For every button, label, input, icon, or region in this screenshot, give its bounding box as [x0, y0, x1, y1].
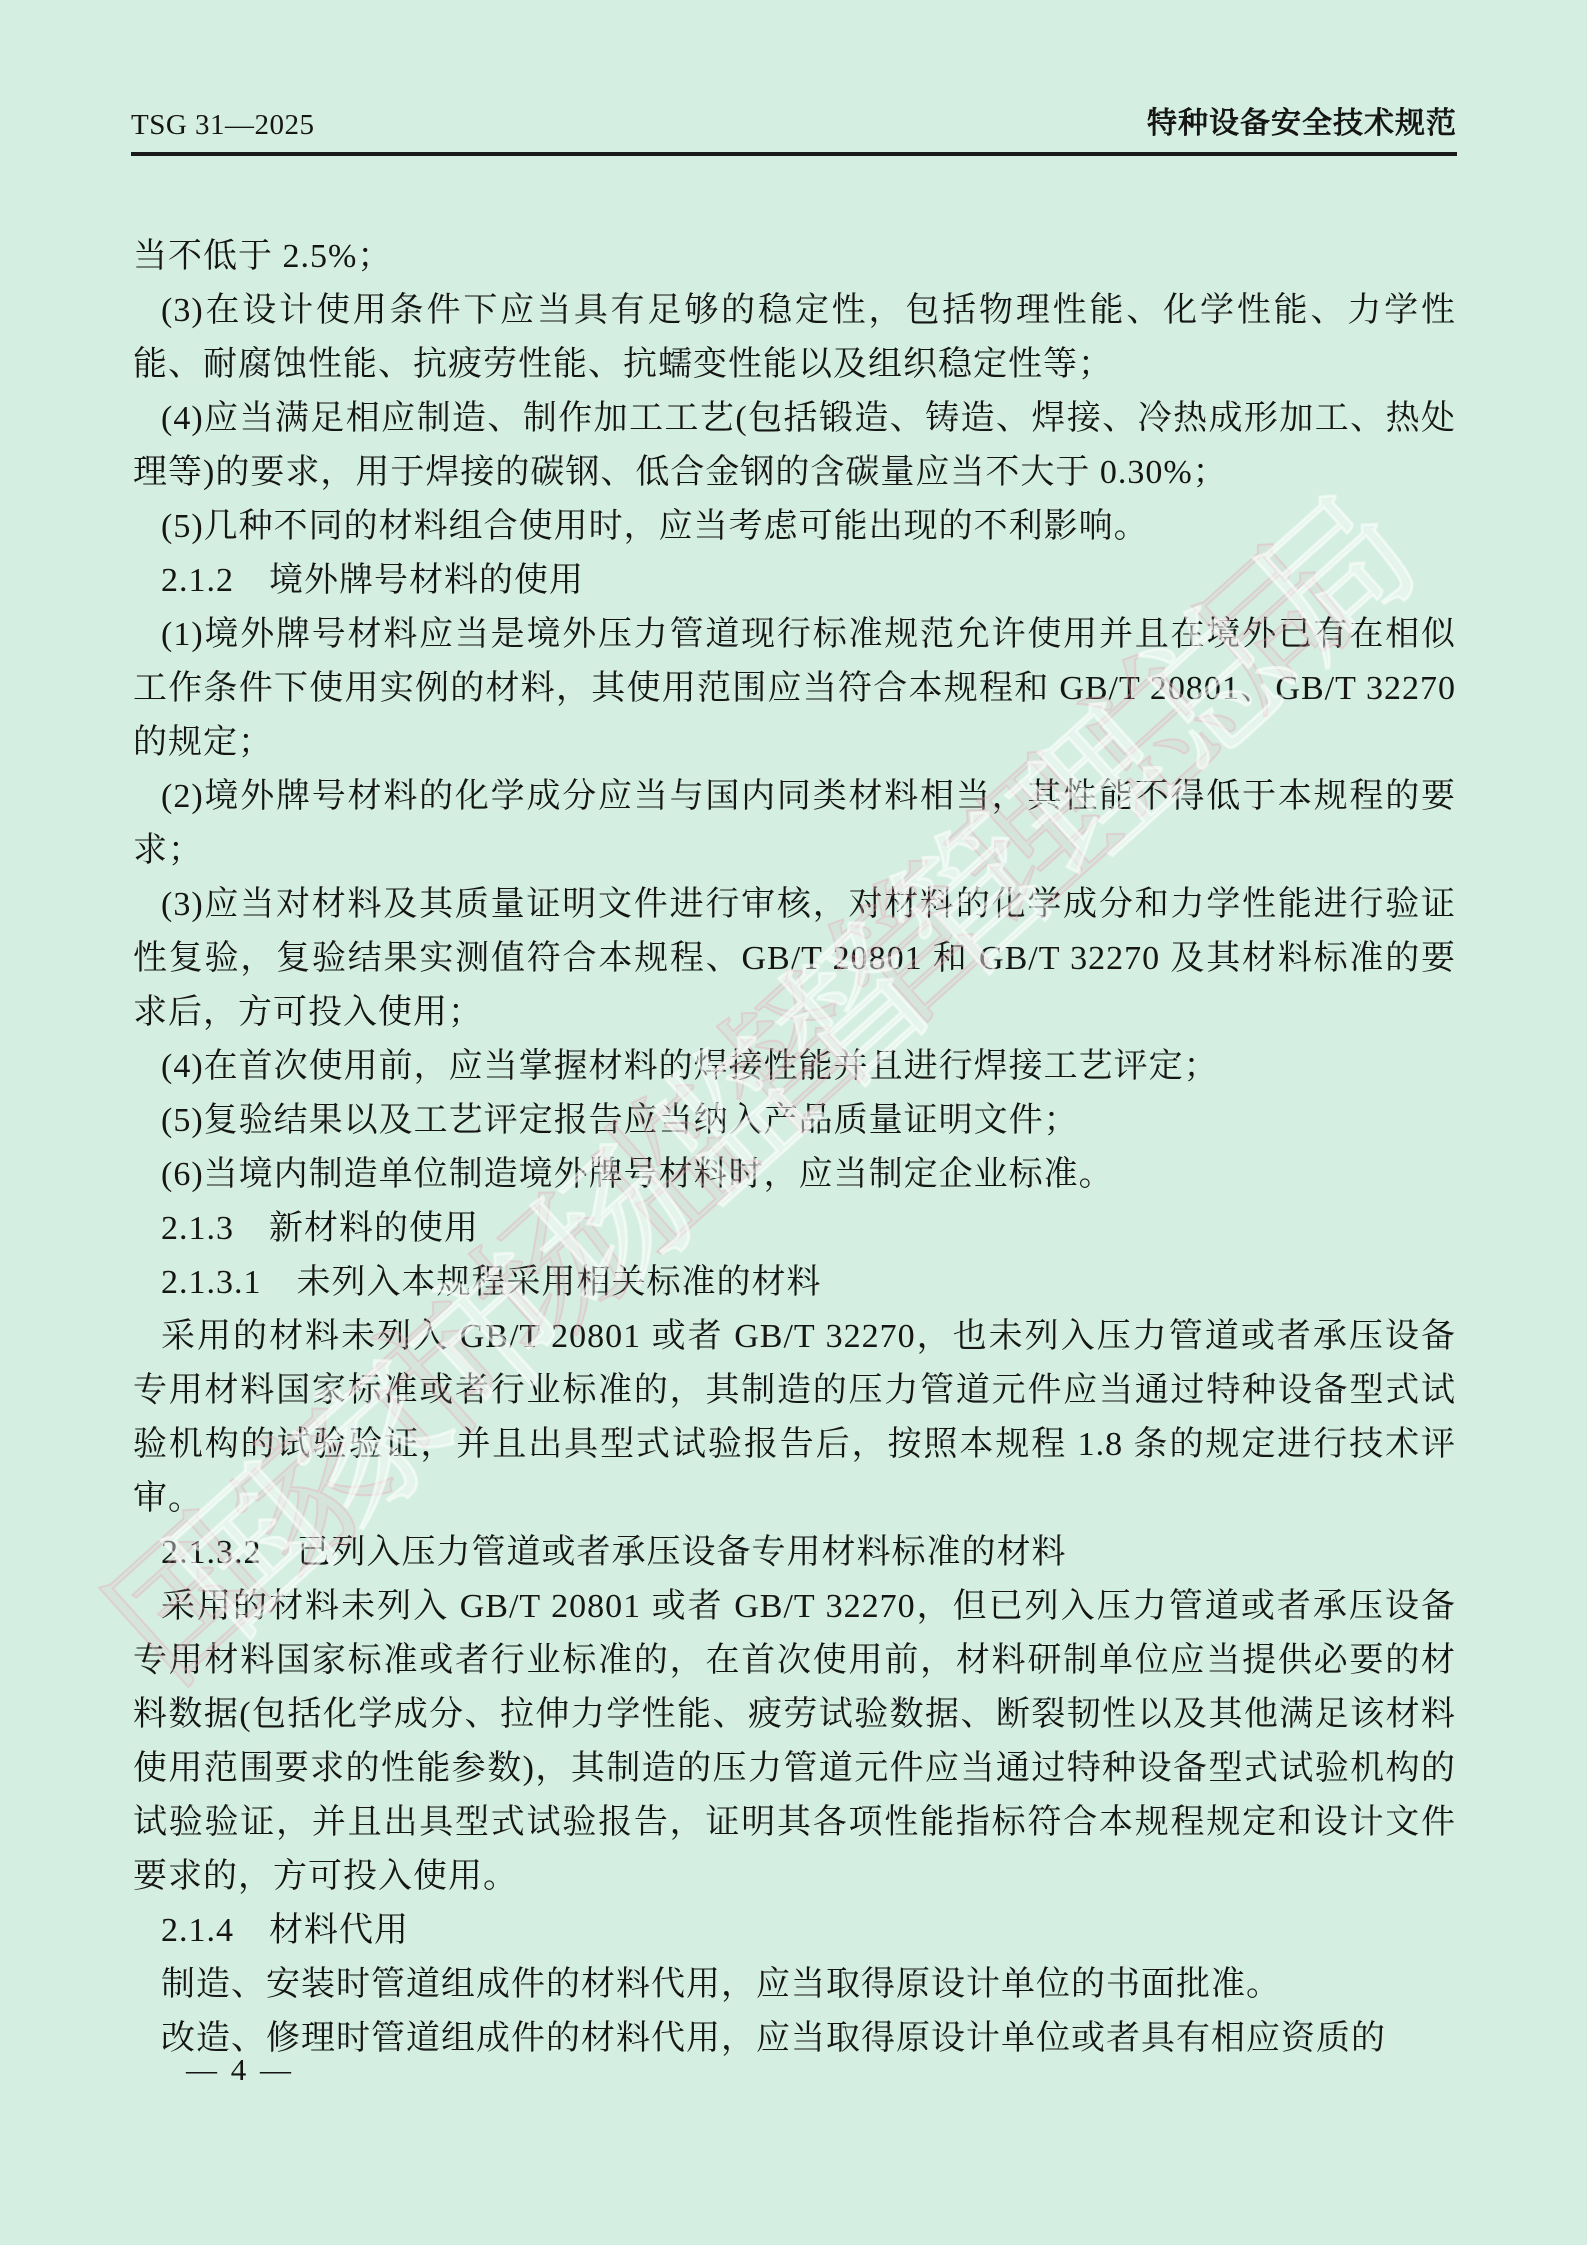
page-header: TSG 31—2025 特种设备安全技术规范 [131, 0, 1457, 156]
body-paragraph: (5)几种不同的材料组合使用时，应当考虑可能出现的不利影响。 [133, 500, 1456, 554]
body-paragraph: (2)境外牌号材料的化学成分应当与国内同类材料相当，其性能不得低于本规程的要求； [133, 770, 1456, 878]
body-paragraph: 采用的材料未列入 GB/T 20801 或者 GB/T 32270，但已列入压力… [133, 1580, 1456, 1904]
page-number: — 4 — [186, 2052, 294, 2088]
section-heading: 2.1.4 材料代用 [133, 1904, 1456, 1958]
section-heading: 2.1.3 新材料的使用 [133, 1202, 1456, 1256]
section-heading: 2.1.3.1 未列入本规程采用相关标准的材料 [133, 1256, 1456, 1310]
body-paragraph: 制造、安装时管道组成件的材料代用，应当取得原设计单位的书面批准。 [133, 1958, 1456, 2012]
body-paragraph: 采用的材料未列入 GB/T 20801 或者 GB/T 32270，也未列入压力… [133, 1310, 1456, 1526]
body-paragraph: 改造、修理时管道组成件的材料代用，应当取得原设计单位或者具有相应资质的 [133, 2012, 1456, 2066]
body-paragraph: (3)在设计使用条件下应当具有足够的稳定性，包括物理性能、化学性能、力学性能、耐… [133, 284, 1456, 392]
doc-code: TSG 31—2025 [131, 109, 315, 142]
body-paragraph: 当不低于 2.5%； [133, 230, 1456, 284]
body-paragraph: (4)在首次使用前，应当掌握材料的焊接性能并且进行焊接工艺评定； [133, 1040, 1456, 1094]
body-paragraph: (1)境外牌号材料应当是境外压力管道现行标准规范允许使用并且在境外已有在相似工作… [133, 608, 1456, 770]
section-heading: 2.1.2 境外牌号材料的使用 [133, 554, 1456, 608]
body-paragraph: (4)应当满足相应制造、制作加工工艺(包括锻造、铸造、焊接、冷热成形加工、热处理… [133, 392, 1456, 500]
section-heading: 2.1.3.2 已列入压力管道或者承压设备专用材料标准的材料 [133, 1526, 1456, 1580]
body-text: 当不低于 2.5%； (3)在设计使用条件下应当具有足够的稳定性，包括物理性能、… [133, 230, 1456, 2066]
document-page: TSG 31—2025 特种设备安全技术规范 国家市场监督管理总局 国家市场监督… [0, 0, 1587, 2245]
body-paragraph: (3)应当对材料及其质量证明文件进行审核，对材料的化学成分和力学性能进行验证性复… [133, 878, 1456, 1040]
header-title: 特种设备安全技术规范 [1147, 98, 1457, 142]
body-paragraph: (5)复验结果以及工艺评定报告应当纳入产品质量证明文件； [133, 1094, 1456, 1148]
body-paragraph: (6)当境内制造单位制造境外牌号材料时，应当制定企业标准。 [133, 1148, 1456, 1202]
